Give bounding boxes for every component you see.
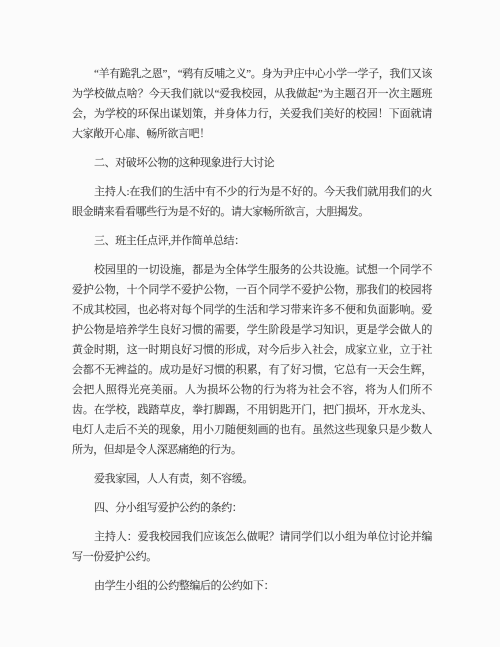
- slogan-paragraph: 爱我家园，人人有责，刻不容缓。: [72, 469, 432, 489]
- section-3-teacher-comment: 校园里的一切设施，都是为全体学生服务的公共设施。试想一个同学不爱护公物，十个同学…: [72, 260, 432, 460]
- section-3-heading: 三、班主任点评,并作简单总结：: [72, 231, 432, 251]
- convention-intro-paragraph: 由学生小组的公约整编后的公约如下：: [72, 576, 432, 596]
- section-4-heading: 四、分小组写爱护公约的条约：: [72, 498, 432, 518]
- section-2-host-paragraph: 主持人:在我们的生活中有不少的行为是不好的。今天我们就用我们的火眼金睛来看看哪些…: [72, 182, 432, 222]
- section-4-host-paragraph: 主持人：爱我校园我们应该怎么做呢？请同学们以小组为单位讨论并编写一份爱护公约。: [72, 527, 432, 567]
- section-2-heading: 二、对破坏公物的这种现象进行大讨论: [72, 153, 432, 173]
- intro-paragraph: “羊有跪乳之恩”，“鸦有反哺之义”。身为尹庄中心小学一学子，我们又该为学校做点啥…: [72, 64, 432, 144]
- document-page: “羊有跪乳之恩”，“鸦有反哺之义”。身为尹庄中心小学一学子，我们又该为学校做点啥…: [0, 0, 500, 647]
